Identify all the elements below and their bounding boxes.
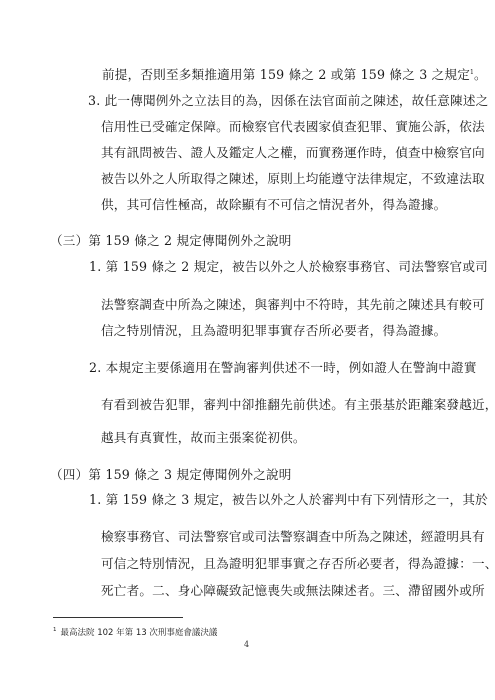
footnote-separator <box>53 617 183 618</box>
line-text: 前提，否則至多類推適用第 159 條之 2 或第 159 條之 3 之規定 <box>102 67 470 82</box>
text-line-3: 信用性已受確定保障。而檢察官代表國家偵查犯罪、實施公訴，依法 <box>101 119 485 135</box>
page-number: 4 <box>244 640 249 649</box>
text-line-15: 1. 第 159 條之 3 規定，被告以外之人於審判中有下列情形之一，其於 <box>89 492 488 508</box>
footnote-number: 1 <box>53 627 57 633</box>
text-line-11: 2. 本規定主要係適用在警詢審判供述不一時，例如證人在警詢中證實 <box>89 360 477 376</box>
text-line-18: 死亡者。二、身心障礙致記憶喪失或無法陳述者。三、滯留國外或所 <box>101 583 485 599</box>
text-line-12: 有看到被告犯罪，審判中卻推翻先前供述。有主張基於距離案發越近， <box>101 397 495 413</box>
text-line-13: 越具有真實性，故而主張案從初供。 <box>101 430 306 446</box>
section-heading-4: （四）第 159 條之 3 規定傳聞例外之說明 <box>50 467 292 483</box>
text-line-8: 1. 第 159 條之 2 規定，被告以外之人於檢察事務官、司法警察官或司 <box>89 259 488 275</box>
text-line-10: 信之特別情況，且為證明犯罪事實存否所必要者，得為證據。 <box>101 323 446 339</box>
text-line-17: 可信之特別情況，且為證明犯罪事實之存否所必要者，得為證據：一、 <box>101 556 495 572</box>
text-line-6: 供，其可信性極高，故除顯有不可信之情況者外，得為證據。 <box>101 197 446 213</box>
footnote-text: 最高法院 102 年第 13 次刑事庭會議決議 <box>61 628 218 638</box>
text-line-5: 被告以外之人所取得之陳述，原則上均能遵守法律規定，不致違法取 <box>101 171 485 187</box>
text-line-16: 檢察事務官、司法警察官或司法警察調查中所為之陳述，經證明具有 <box>101 529 485 545</box>
text-line-2: 3. 此一傳聞例外之立法目的為，因係在法官面前之陳述，故任意陳述之 <box>88 93 488 109</box>
text-line-4: 其有訊問被告、證人及鑑定人之權，而實務運作時，偵查中檢察官向 <box>101 145 485 161</box>
text-line-1: 前提，否則至多類推適用第 159 條之 2 或第 159 條之 3 之規定1。 <box>102 67 487 83</box>
footnote: 1最高法院 102 年第 13 次刑事庭會議決議 <box>53 624 217 639</box>
text-line-9: 法警察調查中所為之陳述，與審判中不符時，其先前之陳述具有較可 <box>101 297 485 313</box>
section-heading-3: （三）第 159 條之 2 規定傳聞例外之說明 <box>50 233 292 249</box>
